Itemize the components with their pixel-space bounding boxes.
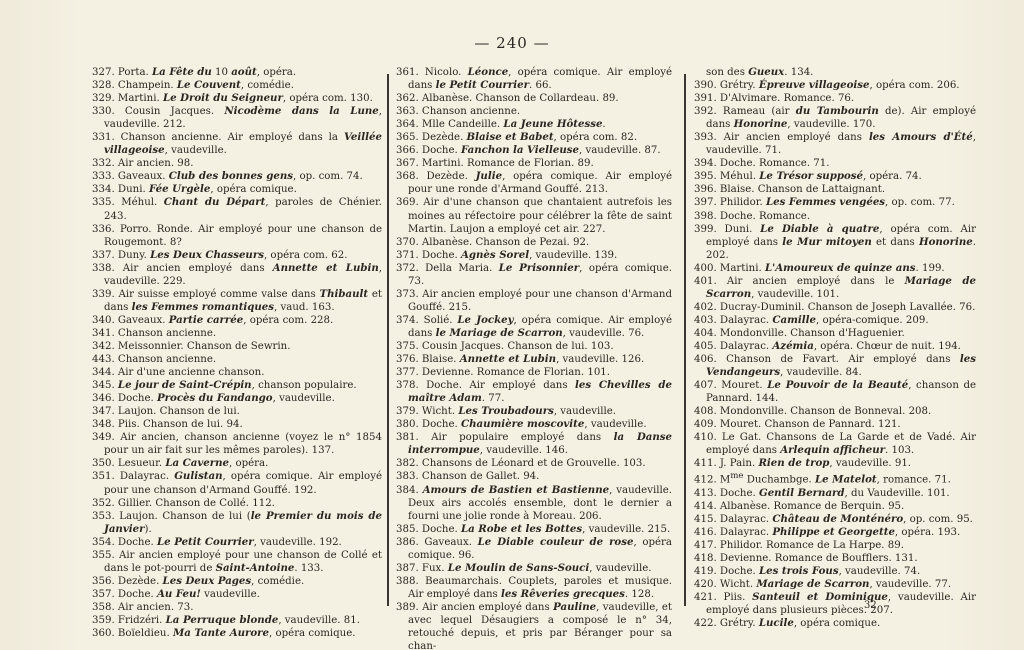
catalogue-entry: 390. Grétry. Épreuve villageoise, opéra … (694, 79, 976, 92)
catalogue-entry: 362. Albanèse. Chanson de Collardeau. 89… (396, 92, 672, 105)
catalogue-entry: 409. Mouret. Chanson de Pannard. 121. (694, 418, 976, 431)
catalogue-entry-continuation: son des Gueux. 134. (694, 66, 976, 79)
catalogue-entry: 327. Porta. La Fête du 10 août, opéra. (92, 66, 382, 79)
catalogue-entry: 347. Laujon. Chanson de lui. (92, 405, 382, 418)
catalogue-entry: 415. Dalayrac. Château de Monténéro, op.… (694, 513, 976, 526)
catalogue-entry: 346. Doche. Procès du Fandango, vaudevil… (92, 392, 382, 405)
catalogue-entry: 363. Chanson ancienne. (396, 105, 672, 118)
catalogue-entry: 335. Méhul. Chant du Départ, paroles de … (92, 196, 382, 222)
catalogue-entry: 366. Doche. Fanchon la Vielleuse, vaudev… (396, 144, 672, 157)
catalogue-entry: 353. Laujon. Chanson de lui (le Premier … (92, 510, 382, 536)
catalogue-entry: 400. Martini. L'Amoureux de quinze ans. … (694, 262, 976, 275)
catalogue-entry: 395. Méhul. Le Trésor supposé, opéra. 74… (694, 170, 976, 183)
catalogue-entry: 407. Mouret. Le Pouvoir de la Beauté, ch… (694, 379, 976, 405)
catalogue-entry: 364. Mlle Candeille. La Jeune Hôtesse. (396, 118, 672, 131)
catalogue-entry: 397. Philidor. Les Femmes vengées, op. c… (694, 196, 976, 209)
catalogue-entry: 403. Dalayrac. Camille, opéra-comique. 2… (694, 314, 976, 327)
catalogue-entry: 331. Chanson ancienne. Air employé dans … (92, 131, 382, 157)
catalogue-entry: 345. Le jour de Saint-Crépin, chanson po… (92, 379, 382, 392)
catalogue-entry: 419. Doche. Les trois Fous, vaudeville. … (694, 565, 976, 578)
catalogue-entry: 375. Cousin Jacques. Chanson de lui. 103… (396, 340, 672, 353)
catalogue-entry: 422. Grétry. Lucile, opéra comique. (694, 617, 976, 630)
catalogue-entry: 371. Doche. Agnès Sorel, vaudeville. 139… (396, 249, 672, 262)
document-page: — 240 — 327. Porta. La Fête du 10 août, … (0, 0, 1024, 650)
catalogue-entry: 391. D'Alvimare. Romance. 76. (694, 92, 976, 105)
catalogue-entry: 340. Gaveaux. Partie carrée, opéra com. … (92, 314, 382, 327)
catalogue-entry: 443. Chanson ancienne. (92, 353, 382, 366)
catalogue-entry: 369. Air d'une chanson que chantaient au… (396, 196, 672, 235)
catalogue-entry: 408. Mondonville. Chanson de Bonneval. 2… (694, 405, 976, 418)
catalogue-entry: 392. Rameau (air du Tambourin de). Air e… (694, 105, 976, 131)
catalogue-entry: 380. Doche. Chaumière moscovite, vaudevi… (396, 418, 672, 431)
catalogue-entry: 413. Doche. Gentil Bernard, du Vaudevill… (694, 487, 976, 500)
catalogue-entry: 332. Air ancien. 98. (92, 157, 382, 170)
catalogue-entry: 412. Mme Duchambge. Le Matelot, romance.… (694, 470, 976, 486)
catalogue-entry: 399. Duni. Le Diable à quatre, opéra com… (694, 223, 976, 262)
signature-mark: 32 (864, 600, 877, 611)
catalogue-entry: 370. Albanèse. Chanson de Pezai. 92. (396, 236, 672, 249)
catalogue-entry: 410. Le Gat. Chansons de La Garde et de … (694, 431, 976, 457)
catalogue-entry: 379. Wicht. Les Troubadours, vaudeville. (396, 405, 672, 418)
column-divider (387, 74, 389, 606)
catalogue-entry: 401. Air ancien employé dans le Mariage … (694, 275, 976, 301)
catalogue-entry: 383. Chanson de Gallet. 94. (396, 470, 672, 483)
catalogue-entry: 338. Air ancien employé dans Annette et … (92, 262, 382, 288)
catalogue-entry: 333. Gaveaux. Club des bonnes gens, op. … (92, 170, 382, 183)
catalogue-entry: 418. Devienne. Romance de Boufflers. 131… (694, 552, 976, 565)
catalogue-entry: 398. Doche. Romance. (694, 210, 976, 223)
catalogue-entry: 354. Doche. Le Petit Courrier, vaudevill… (92, 536, 382, 549)
catalogue-entry: 373. Air ancien employé pour une chanson… (396, 288, 672, 314)
catalogue-entry: 356. Dezède. Les Deux Pages, comédie. (92, 575, 382, 588)
catalogue-entry: 357. Doche. Au Feu! vaudeville. (92, 588, 382, 601)
catalogue-entry: 393. Air ancien employé dans les Amours … (694, 131, 976, 157)
catalogue-entry: 367. Martini. Romance de Florian. 89. (396, 157, 672, 170)
column-middle: 361. Nicolo. Léonce, opéra comique. Air … (396, 66, 672, 650)
catalogue-entry: 334. Duni. Fée Urgèle, opéra comique. (92, 183, 382, 196)
catalogue-entry: 358. Air ancien. 73. (92, 601, 382, 614)
catalogue-entry: 339. Air suisse employé comme valse dans… (92, 288, 382, 314)
catalogue-entry: 348. Piis. Chanson de lui. 94. (92, 418, 382, 431)
catalogue-entry: 388. Beaumarchais. Couplets, paroles et … (396, 575, 672, 601)
catalogue-entry: 342. Meissonnier. Chanson de Sewrin. (92, 340, 382, 353)
catalogue-entry: 382. Chansons de Léonard et de Grouvelle… (396, 457, 672, 470)
catalogue-entry: 405. Dalayrac. Azémia, opéra. Chœur de n… (694, 340, 976, 353)
catalogue-entry: 351. Dalayrac. Gulistan, opéra comique. … (92, 470, 382, 496)
catalogue-entry: 414. Albanèse. Romance de Berquin. 95. (694, 500, 976, 513)
catalogue-entry: 394. Doche. Romance. 71. (694, 157, 976, 170)
catalogue-entry: 389. Air ancien employé dans Pauline, va… (396, 601, 672, 650)
catalogue-entry: 361. Nicolo. Léonce, opéra comique. Air … (396, 66, 672, 92)
catalogue-entry: 417. Philidor. Romance de La Harpe. 89. (694, 539, 976, 552)
catalogue-entry: 372. Della Maria. Le Prisonnier, opéra c… (396, 262, 672, 288)
catalogue-entry: 384. Amours de Bastien et Bastienne, vau… (396, 484, 672, 523)
catalogue-entry: 355. Air ancien employé pour une chanson… (92, 549, 382, 575)
catalogue-entry: 386. Gaveaux. Le Diable couleur de rose,… (396, 536, 672, 562)
catalogue-entry: 336. Porro. Ronde. Air employé pour une … (92, 223, 382, 249)
catalogue-entry: 381. Air populaire employé dans la Danse… (396, 431, 672, 457)
catalogue-entry: 396. Blaise. Chanson de Lattaignant. (694, 183, 976, 196)
catalogue-entry: 344. Air d'une ancienne chanson. (92, 366, 382, 379)
catalogue-entry: 404. Mondonville. Chanson d'Haguenier. (694, 327, 976, 340)
catalogue-entry: 359. Fridzéri. La Perruque blonde, vaude… (92, 614, 382, 627)
catalogue-entry: 341. Chanson ancienne. (92, 327, 382, 340)
catalogue-entry: 402. Ducray-Duminil. Chanson de Joseph L… (694, 301, 976, 314)
column-left: 327. Porta. La Fête du 10 août, opéra.32… (92, 66, 382, 640)
catalogue-entry: 385. Doche. La Robe et les Bottes, vaude… (396, 523, 672, 536)
catalogue-entry: 368. Dezède. Julie, opéra comique. Air e… (396, 170, 672, 196)
column-divider (684, 74, 686, 606)
catalogue-entry: 420. Wicht. Mariage de Scarron, vaudevil… (694, 578, 976, 591)
catalogue-entry: 329. Martini. Le Droit du Seigneur, opér… (92, 92, 382, 105)
page-number: — 240 — (0, 34, 1024, 52)
column-right: son des Gueux. 134.390. Grétry. Épreuve … (694, 66, 976, 630)
catalogue-entry: 421. Piis. Santeuil et Dominique, vaudev… (694, 591, 976, 617)
catalogue-entry: 411. J. Pain. Rien de trop, vaudeville. … (694, 457, 976, 470)
catalogue-entry: 416. Dalayrac. Philippe et Georgette, op… (694, 526, 976, 539)
catalogue-entry: 378. Doche. Air employé dans les Chevill… (396, 379, 672, 405)
catalogue-entry: 328. Champein. Le Couvent, comédie. (92, 79, 382, 92)
catalogue-entry: 365. Dezède. Blaise et Babet, opéra com.… (396, 131, 672, 144)
catalogue-entry: 349. Air ancien, chanson ancienne (voyez… (92, 431, 382, 457)
catalogue-entry: 350. Lesueur. La Caverne, opéra. (92, 457, 382, 470)
catalogue-entry: 330. Cousin Jacques. Nicodème dans la Lu… (92, 105, 382, 131)
catalogue-entry: 406. Chanson de Favart. Air employé dans… (694, 353, 976, 379)
catalogue-entry: 360. Boïeldieu. Ma Tante Aurore, opéra c… (92, 627, 382, 640)
catalogue-entry: 377. Devienne. Romance de Florian. 101. (396, 366, 672, 379)
catalogue-entry: 387. Fux. Le Moulin de Sans-Souci, vaude… (396, 562, 672, 575)
catalogue-entry: 376. Blaise. Annette et Lubin, vaudevill… (396, 353, 672, 366)
catalogue-entry: 352. Gillier. Chanson de Collé. 112. (92, 497, 382, 510)
catalogue-entry: 374. Solié. Le Jockey, opéra comique. Ai… (396, 314, 672, 340)
catalogue-entry: 337. Duny. Les Deux Chasseurs, opéra com… (92, 249, 382, 262)
